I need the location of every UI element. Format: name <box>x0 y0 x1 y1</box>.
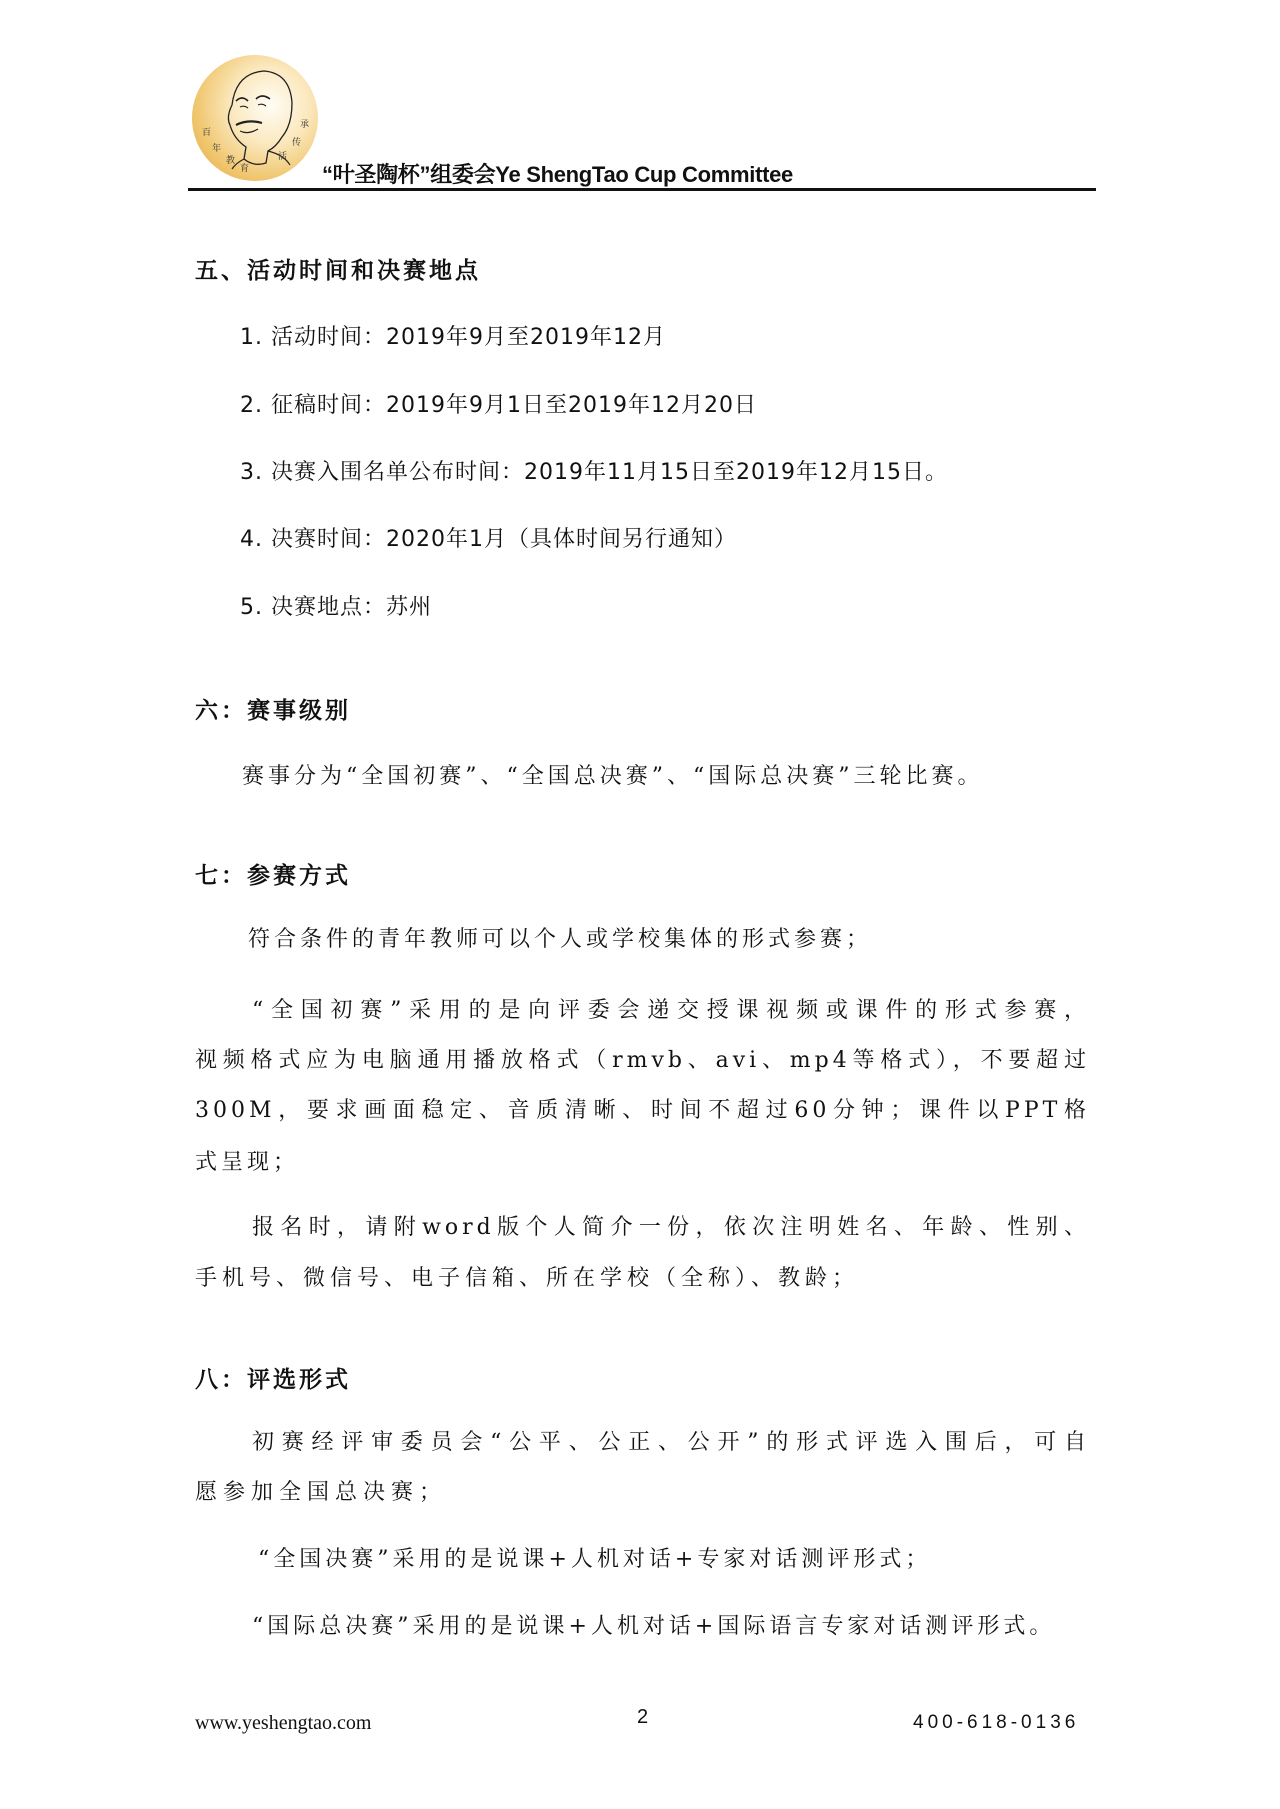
registration-line-2: 手机号、微信号、电子信箱、所在学校（全称）、教龄； <box>195 1261 859 1292</box>
svg-text:活: 活 <box>278 151 287 162</box>
schedule-item-3: 3. 决赛入围名单公布时间：2019年11月15日至2019年12月15日。 <box>240 455 948 486</box>
participation-line-5: 式呈现； <box>195 1145 299 1176</box>
registration-line-1: 报名时，请附word版个人简介一份，依次注明姓名、年龄、性别、 <box>252 1210 1090 1241</box>
schedule-item-1: 1. 活动时间：2019年9月至2019年12月 <box>240 320 666 351</box>
evaluation-line-2: 愿参加全国总决赛； <box>195 1475 447 1506</box>
footer-website-link[interactable]: www.yeshengtao.com <box>195 1712 371 1735</box>
participation-line-1: 符合条件的青年教师可以个人或学校集体的形式参赛； <box>248 922 872 953</box>
svg-text:育: 育 <box>240 162 249 174</box>
section-heading-8: 八：评选形式 <box>195 1361 351 1394</box>
section-heading-6: 六：赛事级别 <box>195 692 351 725</box>
evaluation-line-1: 初赛经评审委员会“公平、公正、公开”的形式评选入围后，可自 <box>252 1425 1090 1456</box>
svg-text:传: 传 <box>292 136 301 148</box>
evaluation-line-4: “国际总决赛”采用的是说课+人机对话+国际语言专家对话测评形式。 <box>252 1609 1055 1640</box>
section-heading-7: 七：参赛方式 <box>195 857 351 890</box>
svg-text:承: 承 <box>300 119 309 130</box>
section-heading-5: 五、活动时间和决赛地点 <box>195 252 481 285</box>
schedule-item-2: 2. 征稿时间：2019年9月1日至2019年12月20日 <box>240 388 757 419</box>
participation-line-2: “全国初赛”采用的是向评委会递交授课视频或课件的形式参赛， <box>252 993 1090 1024</box>
participation-line-4: 300M，要求画面稳定、音质清晰、时间不超过60分钟；课件以PPT格 <box>195 1093 1090 1124</box>
evaluation-line-3: “全国决赛”采用的是说课+人机对话+专家对话测评形式； <box>258 1542 931 1573</box>
svg-text:教: 教 <box>226 154 235 166</box>
committee-logo: 百 年 教 育 活 传 承 <box>192 55 318 181</box>
svg-text:年: 年 <box>212 142 221 154</box>
participation-line-3: 视频格式应为电脑通用播放格式（rmvb、avi、mp4等格式），不要超过 <box>195 1043 1090 1074</box>
schedule-item-5: 5. 决赛地点：苏州 <box>240 590 432 621</box>
competition-levels-text: 赛事分为“全国初赛”、“全国总决赛”、“国际总决赛”三轮比赛。 <box>242 759 983 790</box>
header-divider <box>188 188 1096 191</box>
schedule-item-4: 4. 决赛时间：2020年1月（具体时间另行通知） <box>240 522 737 553</box>
portrait-icon: 百 年 教 育 活 传 承 <box>192 55 318 181</box>
header-title: “叶圣陶杯”组委会Ye ShengTao Cup Committee <box>322 158 793 189</box>
footer-phone: 400-618-0136 <box>913 1712 1079 1734</box>
page-number: 2 <box>637 1706 648 1729</box>
svg-text:百: 百 <box>202 127 211 138</box>
